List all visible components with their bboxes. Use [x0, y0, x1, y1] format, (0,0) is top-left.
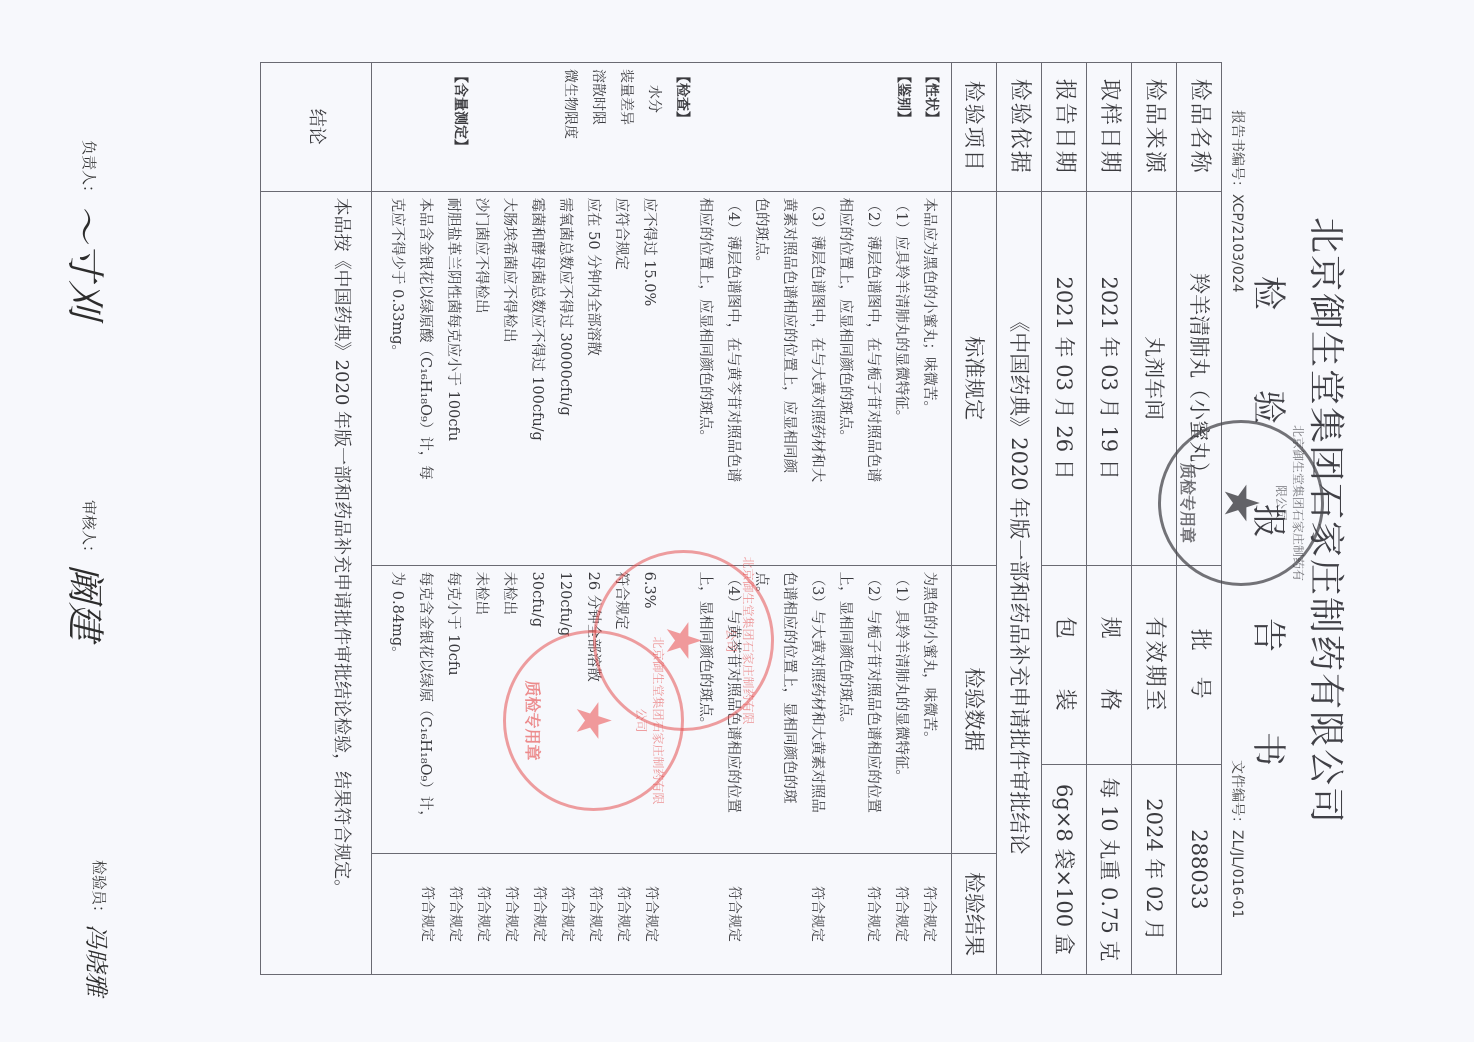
standard-line: （4）薄层色谱图中，在与黄芩苷对照品色谱: [719, 198, 747, 559]
item-line: [724, 69, 752, 185]
basis-value: 《中国药典》2020 年版一部和药品补充申请批件审批结论: [997, 191, 1042, 974]
report-date-label: 报告日期: [1042, 63, 1087, 192]
row-body: 【性状】【鉴别】【检查】水分装量差异溶散时限微生物限度【含量测定】 本品应为黑色…: [372, 63, 952, 975]
standard-line: （3）薄层色谱图中，在与大黄对照药材和大: [803, 198, 831, 559]
result-line: 符合规定: [859, 860, 887, 968]
result-line: 符合规定: [554, 860, 582, 968]
item-line: 微生物限度: [557, 69, 585, 185]
result-line: 符合规定: [721, 860, 749, 968]
header-standard: 标准规定: [952, 191, 997, 565]
standard-line: （2）薄层色谱图中，在与栀子苷对照品色谱: [859, 198, 887, 559]
result-column: 符合规定符合规定符合规定符合规定符合规定符合规定符合规定符合规定符合规定符合规定…: [372, 853, 952, 974]
result-line: 符合规定: [498, 860, 526, 968]
package-value: 6g×8 袋×100 盒: [1042, 764, 1087, 974]
item-line: [834, 69, 862, 185]
stamp-bottom-text: 质检专用章: [1177, 423, 1200, 583]
item-line: [474, 69, 502, 185]
standard-line: 应在 50 分钟内全部溶散: [580, 198, 608, 559]
expiry-label: 有效期至: [1132, 565, 1177, 764]
file-number: 文件编号：ZL/JL/016-01: [1228, 760, 1248, 918]
item-line: 装量差异: [613, 69, 641, 185]
stamp-ring-text: 北京御生堂集团石家庄制药有限公司: [723, 553, 757, 728]
basis-label: 检验依据: [997, 63, 1042, 192]
inspection-report-page: 北京御生堂集团石家庄制药有限公司 检验报告书 报告书编号：XCP/2103/02…: [0, 0, 1474, 1042]
standard-line: 沙门菌应不得检出: [468, 198, 496, 559]
file-number-value: ZL/JL/016-01: [1229, 830, 1245, 918]
data-line: 未检出: [468, 572, 496, 847]
result-line: 符合规定: [610, 860, 638, 968]
row-report-date: 报告日期 2021 年 03 月 26 日 包 装 6g×8 袋×100 盒: [1042, 63, 1087, 975]
standard-line: 相应的位置上，应显相同颜色的斑点。: [831, 198, 859, 559]
data-line: 为黑色的小蜜丸，味微苦。: [915, 572, 943, 847]
result-line: 符合规定: [442, 860, 470, 968]
data-line: 上，显相同颜色的斑点。: [831, 572, 859, 847]
responsible-label: 负责人：: [80, 140, 98, 200]
standard-line: 相应的位置上，应显相同颜色的斑点。: [691, 198, 719, 559]
item-line: 【性状】: [917, 69, 945, 185]
result-line: 符合规定: [887, 860, 915, 968]
data-line: （3）与大黄对照药材和大黄素对照品: [803, 572, 831, 847]
data-line: 每克小于 10cfu: [440, 572, 468, 847]
row-sample-date: 取样日期 2021 年 03 月 19 日 规 格 每 10 丸重 0.75 克: [1087, 63, 1132, 975]
standard-column: 本品应为黑色的小蜜丸；味微苦。（1）应具羚羊清肺丸的显微特征。（2）薄层色谱图中…: [372, 191, 952, 565]
data-line: 色谱相应的位置上，显相同颜色的斑: [775, 572, 803, 847]
data-line: 为 0.84mg。: [384, 572, 412, 847]
header-result: 检验结果: [952, 853, 997, 974]
item-line: [752, 69, 780, 185]
standard-line: 霉菌和酵母菌总数应不得过 100cfu/g: [524, 198, 552, 559]
stamp-ring-text: 北京御生堂集团石家庄制药有限公司: [633, 633, 667, 808]
result-line: 符合规定: [638, 860, 666, 968]
row-basis: 检验依据 《中国药典》2020 年版一部和药品补充申请批件审批结论: [997, 63, 1042, 975]
stamp-bottom-text: 质检专用章: [522, 633, 545, 808]
result-line: 符合规定: [470, 860, 498, 968]
result-line: 符合规定: [915, 860, 943, 968]
header-data: 检验数据: [952, 565, 997, 853]
spec-value: 每 10 丸重 0.75 克: [1087, 764, 1132, 974]
item-line: [779, 69, 807, 185]
product-name-label: 检品名称: [1177, 63, 1222, 192]
gray-official-stamp: 北京御生堂集团石家庄制药有限公司 ★ 质检专用章: [1158, 420, 1324, 586]
inspector-label: 检验员：: [90, 860, 108, 920]
item-line: 【含量测定】: [446, 69, 474, 185]
standard-line: 黄素对照品色谱相应的位置上，应显相同颜: [775, 198, 803, 559]
standard-line: 本品应为黑色的小蜜丸；味微苦。: [915, 198, 943, 559]
title-char: 告: [1248, 618, 1288, 652]
standard-line: （1）应具羚羊清肺丸的显微特征。: [887, 198, 915, 559]
expiry-value: 2024 年 02 月: [1132, 764, 1177, 974]
star-icon: ★: [566, 699, 622, 742]
result-line: 符合规定: [804, 860, 832, 968]
title-char: 验: [1248, 390, 1288, 424]
red-stamp-lower: 北京御生堂集团石家庄制药有限公司 ★ 质检专用章: [503, 630, 684, 811]
report-number: 报告书编号：XCP/2103/024: [1228, 110, 1248, 293]
standard-line: 色的斑点。: [747, 198, 775, 559]
reviewer-signature: 审核人：阚建: [61, 500, 116, 640]
item-line: 【检查】: [669, 69, 697, 185]
data-line: 每克含金银花以绿原（C₁₆H₁₈O₉）计，: [412, 572, 440, 847]
item-line: 溶散时限: [585, 69, 613, 185]
standard-line: 需氧菌总数应不得过 30000cfu/g: [552, 198, 580, 559]
item-line: [697, 69, 725, 185]
result-line: 符合规定: [526, 860, 554, 968]
conclusion-text: 本品按《中国药典》2020 年版一部和药品补充申请批件审批结论检验，结果符合规定…: [261, 191, 372, 974]
title-char: 书: [1248, 732, 1288, 766]
report-date-value: 2021 年 03 月 26 日: [1042, 191, 1087, 565]
item-column: 【性状】【鉴别】【检查】水分装量差异溶散时限微生物限度【含量测定】: [372, 63, 952, 192]
inspector-handwriting: 冯晓雅: [82, 924, 110, 996]
file-number-label: 文件编号：: [1229, 760, 1245, 830]
header-item: 检验项目: [952, 63, 997, 192]
item-line: 【鉴别】: [889, 69, 917, 185]
sample-date-value: 2021 年 03 月 19 日: [1087, 191, 1132, 565]
title-char: 检: [1248, 276, 1288, 310]
signature-area: 负责人：〜寸刈 审核人：阚建 检验员：冯晓雅: [56, 140, 116, 1020]
result-line: 符合规定: [582, 860, 610, 968]
conclusion-label: 结论: [261, 63, 372, 192]
inspector-signature: 检验员：冯晓雅: [81, 860, 116, 996]
result-line: [693, 860, 721, 968]
batch-value: 288033: [1177, 764, 1222, 974]
stamp-ring-text: 北京御生堂集团石家庄制药有限公司: [1273, 423, 1307, 583]
result-line: [776, 860, 804, 968]
data-line: （1）具羚羊清肺丸的显微特征。: [887, 572, 915, 847]
source-label: 检品来源: [1132, 63, 1177, 192]
responsible-handwriting: 〜寸刈: [63, 204, 107, 318]
row-headers: 检验项目 标准规定 检验数据 检验结果: [952, 63, 997, 975]
spec-label: 规 格: [1087, 565, 1132, 764]
result-line: [386, 860, 414, 968]
standard-line: 应符合规定: [608, 198, 636, 559]
item-line: [502, 69, 530, 185]
data-line: （2）与栀子苷对照品色谱相应的位置: [859, 572, 887, 847]
item-line: [529, 69, 557, 185]
standard-line: 本品含金银花以绿原酸（C₁₆H₁₈O₉）计，每: [412, 198, 440, 559]
responsible-signature: 负责人：〜寸刈: [61, 140, 116, 318]
standard-line: 大肠埃希菌应不得检出: [496, 198, 524, 559]
result-line: [749, 860, 777, 968]
standard-line: 克应不得少于 0.33mg。: [384, 198, 412, 559]
result-line: [832, 860, 860, 968]
report-number-label: 报告书编号：: [1229, 110, 1245, 194]
star-icon: ★: [1213, 481, 1269, 524]
standard-line: 耐胆盐革兰阴性菌每克应小于 100cfu: [440, 198, 468, 559]
package-label: 包 装: [1042, 565, 1087, 764]
item-line: [807, 69, 835, 185]
item-line: [862, 69, 890, 185]
sample-date-label: 取样日期: [1087, 63, 1132, 192]
report-number-value: XCP/2103/024: [1229, 194, 1245, 293]
standard-line: [664, 198, 692, 559]
report-table: 检品名称 羚羊清肺丸（小蜜丸） 批 号 288033 检品来源 丸剂车间 有效期…: [260, 62, 1222, 975]
result-line: [666, 860, 694, 968]
reviewer-handwriting: 阚建: [63, 564, 107, 640]
reviewer-label: 审核人：: [80, 500, 98, 560]
item-line: 水分: [641, 69, 669, 185]
row-conclusion: 结论 本品按《中国药典》2020 年版一部和药品补充申请批件审批结论检验，结果符…: [261, 63, 372, 975]
result-line: 符合规定: [414, 860, 442, 968]
batch-label: 批 号: [1177, 565, 1222, 764]
standard-line: 应不得过 15.0%: [636, 198, 664, 559]
